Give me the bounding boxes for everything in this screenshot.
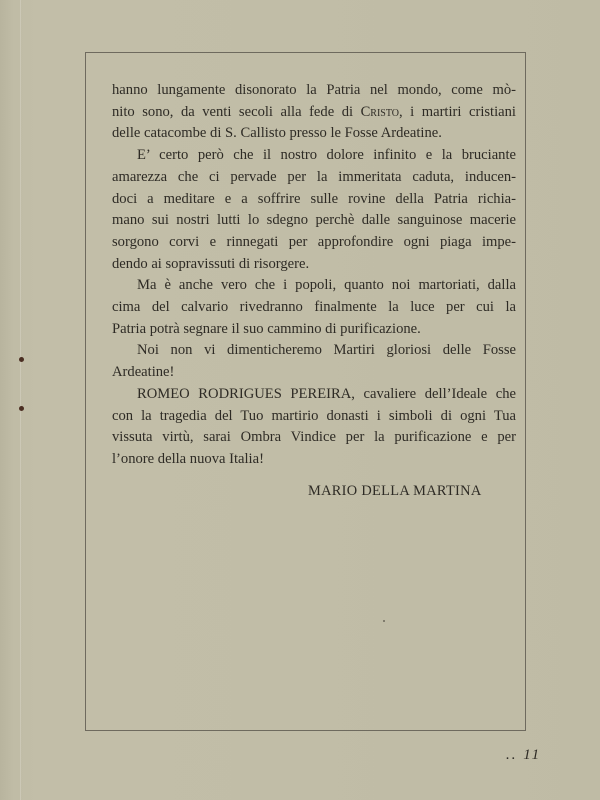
- paragraph-4: Noi non vi dimenticheremo Martiri glorio…: [112, 340, 516, 383]
- binding-fold: [20, 0, 21, 800]
- body-text: hanno lungamente disonorato la Patria ne…: [112, 80, 516, 471]
- text-line: ROMEO RODRIGUES PEREIRA, cavaliere dell’…: [112, 384, 516, 406]
- text-line: doci a meditare e a soffrire sulle rovin…: [112, 189, 516, 211]
- staple-mark: [19, 357, 24, 362]
- text-line: dendo ai sopravissuti di risorgere.: [112, 254, 516, 276]
- text-line: delle catacombe di S. Callisto presso le…: [112, 123, 516, 145]
- text-line: vissuta virtù, sarai Ombra Vindice per l…: [112, 427, 516, 449]
- text-line: Ardeatine!: [112, 362, 516, 384]
- text-line: mano sui nostri lutti lo sdegno perchè d…: [112, 210, 516, 232]
- text-line: Ma è anche vero che i popoli, quanto noi…: [112, 275, 516, 297]
- paragraph-5: ROMEO RODRIGUES PEREIRA, cavaliere dell’…: [112, 384, 516, 471]
- text-line: E’ certo però che il nostro dolore infin…: [112, 145, 516, 167]
- author-signature: MARIO DELLA MARTINA: [308, 483, 482, 500]
- text-line: amarezza che ci pervade per la immeritat…: [112, 167, 516, 189]
- text-line: nito sono, da venti secoli alla fede di …: [112, 102, 516, 124]
- cristo-smallcaps: Cristo: [361, 104, 399, 120]
- text-line: hanno lungamente disonorato la Patria ne…: [112, 80, 516, 102]
- text-line: cima del calvario rivedranno finalmente …: [112, 297, 516, 319]
- paragraph-1: hanno lungamente disonorato la Patria ne…: [112, 80, 516, 145]
- paragraph-3: Ma è anche vero che i popoli, quanto noi…: [112, 275, 516, 340]
- text-line: Noi non vi dimenticheremo Martiri glorio…: [112, 340, 516, 362]
- text-line: con la tragedia del Tuo martirio donasti…: [112, 406, 516, 428]
- staple-mark: [19, 406, 24, 411]
- text-line: l’onore della nuova Italia!: [112, 449, 516, 471]
- paragraph-2: E’ certo però che il nostro dolore infin…: [112, 145, 516, 275]
- page-number: .. 11: [506, 747, 541, 764]
- text-line: sorgono corvi e rinnegati per approfondi…: [112, 232, 516, 254]
- speck: [383, 620, 385, 622]
- text-line: Patria potrà segnare il suo cammino di p…: [112, 319, 516, 341]
